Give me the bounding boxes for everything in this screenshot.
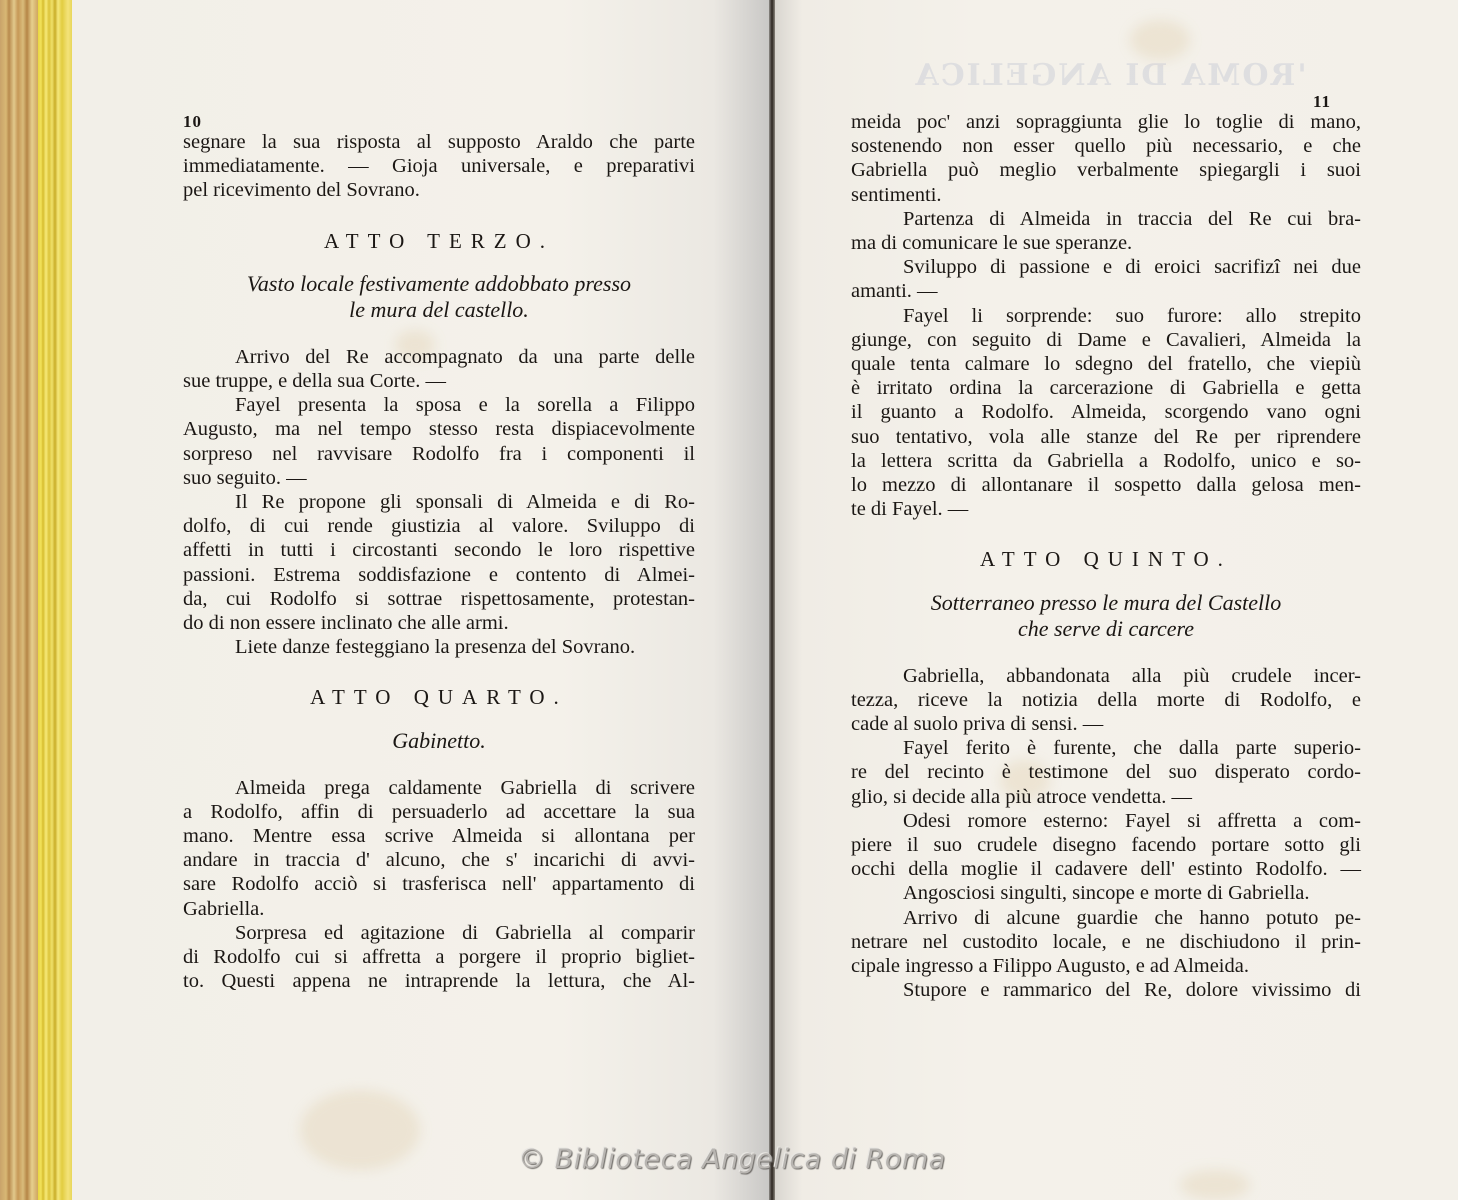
- text-line: Gabriella.: [183, 897, 695, 921]
- text-line: te di Fayel. —: [851, 497, 1361, 521]
- text-line: amanti. —: [851, 279, 1361, 303]
- paragraph: Fayel presenta la sposa e la sorella a F…: [183, 393, 695, 490]
- text-line: mano. Mentre essa scrive Almeida si allo…: [183, 824, 695, 848]
- text-line: è irritato ordina la carcerazione di Gab…: [851, 376, 1361, 400]
- paragraph: Liete danze festeggiano la presenza del …: [183, 635, 695, 659]
- act-heading: ATTO TERZO.: [183, 229, 695, 253]
- text-line: Almeida prega caldamente Gabriella di sc…: [183, 776, 695, 800]
- text-line: dolfo, di cui rende giustizia al valore.…: [183, 514, 695, 538]
- text-line: lo mezzo di allontanare il sospetto dall…: [851, 473, 1361, 497]
- act-heading: ATTO QUARTO.: [183, 685, 695, 709]
- scene-heading: Vasto locale festivamente addobbato pres…: [183, 271, 695, 323]
- paragraph: Sorpresa ed agitazione di Gabriella al c…: [183, 921, 695, 994]
- copyright-watermark: © Biblioteca Angelica di Roma: [512, 1144, 952, 1175]
- text-line: to. Questi appena ne intraprende la lett…: [183, 969, 695, 993]
- text-line: do di non essere inclinato che alle armi…: [183, 611, 695, 635]
- text-line: passioni. Estrema soddisfazione e conten…: [183, 563, 695, 587]
- text-line: suo seguito. —: [183, 466, 695, 490]
- paragraph: Stupore e rammarico del Re, dolore vivis…: [851, 978, 1361, 1002]
- text-line: andare in traccia d' alcuno, che s' inca…: [183, 848, 695, 872]
- text-line: ma di comunicare le sue speranze.: [851, 231, 1361, 255]
- scene-heading-line: Gabinetto.: [183, 728, 695, 754]
- act-heading: ATTO QUINTO.: [851, 547, 1361, 571]
- paragraph: segnare la sua risposta al supposto Aral…: [183, 130, 695, 203]
- text-line: Sorpresa ed agitazione di Gabriella al c…: [183, 921, 695, 945]
- paragraph: Arrivo di alcune guardie che hanno potut…: [851, 906, 1361, 979]
- text-line: cade al suolo priva di sensi. —: [851, 712, 1361, 736]
- text-line: Arrivo di alcune guardie che hanno potut…: [851, 906, 1361, 930]
- text-line: sue truppe, e della sua Corte. —: [183, 369, 695, 393]
- paragraph: Sviluppo di passione e di eroici sacrifi…: [851, 255, 1361, 303]
- text-line: Arrivo del Re accompagnato da una parte …: [183, 345, 695, 369]
- page-number: 10: [183, 110, 695, 130]
- scene-heading-line: Vasto locale festivamente addobbato pres…: [183, 271, 695, 297]
- text-line: Sviluppo di passione e di eroici sacrifi…: [851, 255, 1361, 279]
- text-line: Gabriella può meglio verbalmente spiegar…: [851, 158, 1361, 182]
- paragraph: Partenza di Almeida in traccia del Re cu…: [851, 207, 1361, 255]
- text-line: netrare nel custodito locale, e ne disch…: [851, 930, 1361, 954]
- text-line: sare Rodolfo acciò si trasferisca nell' …: [183, 872, 695, 896]
- text-line: affetti in tutti i circostanti secondo l…: [183, 538, 695, 562]
- scene-heading-line: le mura del castello.: [183, 297, 695, 323]
- paper-stain: [1130, 20, 1190, 60]
- text-line: Stupore e rammarico del Re, dolore vivis…: [851, 978, 1361, 1002]
- text-line: giunge, con seguito di Dame e Cavalieri,…: [851, 328, 1361, 352]
- text-line: Augusto, ma nel tempo stesso resta dispi…: [183, 417, 695, 441]
- paragraph: Gabriella, abbandonata alla più crudele …: [851, 664, 1361, 737]
- text-line: tezza, riceve la notizia della morte di …: [851, 688, 1361, 712]
- paragraph: Odesi romore esterno: Fayel si affretta …: [851, 809, 1361, 882]
- paper-stain: [1180, 1170, 1250, 1200]
- text-line: la lettera scritta da Gabriella a Rodolf…: [851, 449, 1361, 473]
- text-line: pel ricevimento del Sovrano.: [183, 178, 695, 202]
- text-line: cipale ingresso a Filippo Augusto, e ad …: [851, 954, 1361, 978]
- text-line: immediatamente. — Gioja universale, e pr…: [183, 154, 695, 178]
- text-line: a Rodolfo, affin di persuaderlo ad accet…: [183, 800, 695, 824]
- paragraph: Arrivo del Re accompagnato da una parte …: [183, 345, 695, 393]
- text-line: Partenza di Almeida in traccia del Re cu…: [851, 207, 1361, 231]
- text-line: Angosciosi singulti, sincope e morte di …: [851, 881, 1361, 905]
- text-line: re del recinto è testimone del suo dispe…: [851, 760, 1361, 784]
- text-line: piere il suo crudele disegno facendo por…: [851, 833, 1361, 857]
- text-line: Fayel ferito è furente, che dalla parte …: [851, 736, 1361, 760]
- book-page-edge: [0, 0, 72, 1200]
- text-line: da, cui Rodolfo si sottrae rispettosamen…: [183, 587, 695, 611]
- scene-heading: Gabinetto.: [183, 728, 695, 754]
- left-page-text: 10 segnare la sua risposta al supposto A…: [183, 110, 695, 993]
- text-line: Fayel li sorprende: suo furore: allo str…: [851, 304, 1361, 328]
- paragraph: Fayel ferito è furente, che dalla parte …: [851, 736, 1361, 809]
- scene-heading: Sotterraneo presso le mura del Castello …: [851, 590, 1361, 642]
- paragraph: meida poc' anzi sopraggiunta glie lo tog…: [851, 110, 1361, 207]
- paragraph: Almeida prega caldamente Gabriella di sc…: [183, 776, 695, 921]
- paper-stain: [300, 1090, 420, 1170]
- text-line: segnare la sua risposta al supposto Aral…: [183, 130, 695, 154]
- text-line: meida poc' anzi sopraggiunta glie lo tog…: [851, 110, 1361, 134]
- scene-heading-line: Sotterraneo presso le mura del Castello: [851, 590, 1361, 616]
- scene-heading-line: che serve di carcere: [851, 616, 1361, 642]
- text-line: sostenendo non esser quello più necessar…: [851, 134, 1361, 158]
- text-line: Fayel presenta la sposa e la sorella a F…: [183, 393, 695, 417]
- text-line: glio, si decide alla più atroce vendetta…: [851, 785, 1361, 809]
- text-line: Odesi romore esterno: Fayel si affretta …: [851, 809, 1361, 833]
- text-line: Liete danze festeggiano la presenza del …: [183, 635, 695, 659]
- text-line: il guanto a Rodolfo. Almeida, scorgendo …: [851, 400, 1361, 424]
- text-line: di Rodolfo cui si affretta a porgere il …: [183, 945, 695, 969]
- text-line: quale tenta calmare lo sdegno del fratel…: [851, 352, 1361, 376]
- paragraph: Fayel li sorprende: suo furore: allo str…: [851, 304, 1361, 522]
- text-line: sentimenti.: [851, 183, 1361, 207]
- text-line: occhi della moglie il cadavere dell' est…: [851, 857, 1361, 881]
- text-line: suo tentativo, vola alle stanze del Re p…: [851, 425, 1361, 449]
- right-page-text: 11 meida poc' anzi sopraggiunta glie lo …: [851, 90, 1361, 1003]
- text-line: Gabriella, abbandonata alla più crudele …: [851, 664, 1361, 688]
- paragraph: Il Re propone gli sponsali di Almeida e …: [183, 490, 695, 635]
- paragraph: Angosciosi singulti, sincope e morte di …: [851, 881, 1361, 905]
- text-line: sorpreso nel ravvisare Rodolfo fra i com…: [183, 442, 695, 466]
- text-line: Il Re propone gli sponsali di Almeida e …: [183, 490, 695, 514]
- page-number: 11: [851, 90, 1361, 110]
- stamp-bleed-through: 'ROMA DI ANGELICA: [830, 58, 1390, 93]
